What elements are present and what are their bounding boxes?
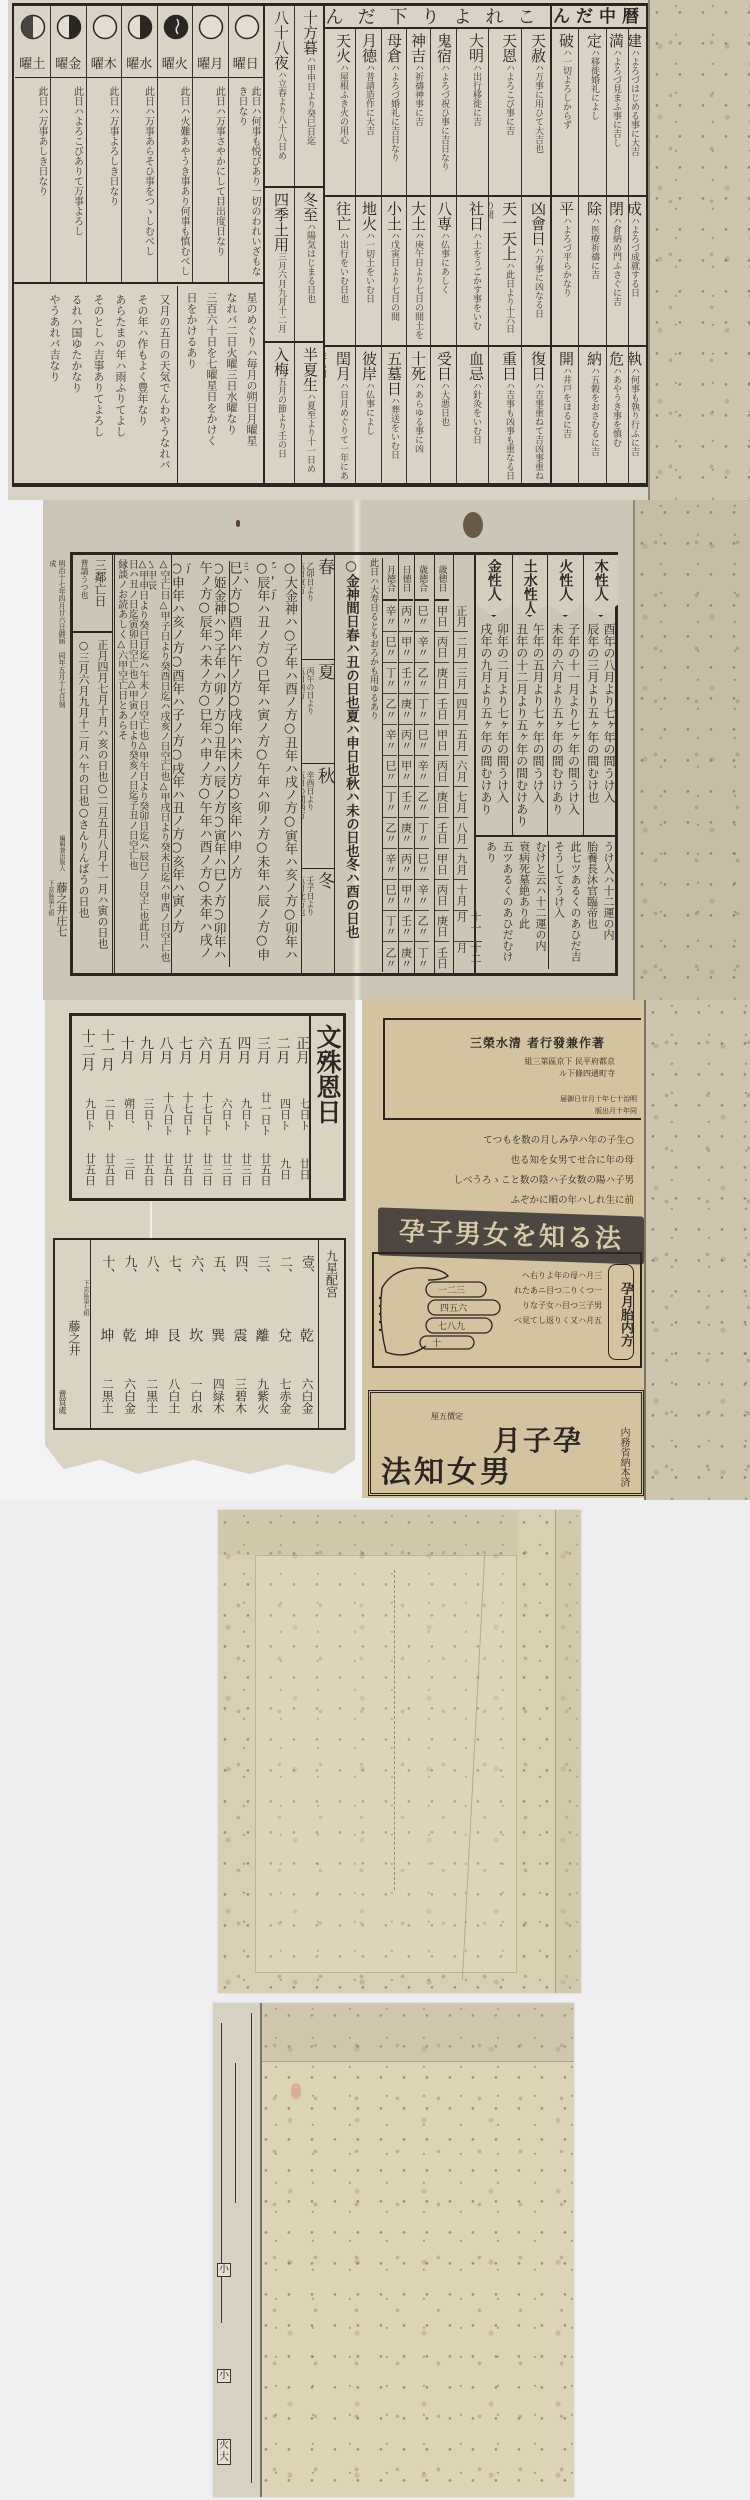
table-note: 此日ハ大寿日るともおろかも用ゆるあり [365, 558, 383, 972]
entry-text: ハ仏事によし [364, 381, 374, 435]
day-first: 七日ト [292, 1086, 312, 1142]
element-text: 酉年の八月より七ヶ年の間うけ入 辰年の三月より五ヶ年の間むけ也 [584, 621, 619, 835]
star-number: 六、 [181, 1248, 203, 1288]
text-line: 男子ハ陽の数女子ハ陰の数とこゝろうべし [380, 1170, 634, 1190]
star-number: 壹、 [292, 1248, 314, 1288]
day-second: 九日 [272, 1146, 292, 1192]
table-cell: 乙〃 [415, 911, 429, 942]
season-box-autumn: 秋 辛酉日より 五日の間西方 [302, 764, 334, 869]
star-column: 九、乾六白金 [114, 1248, 136, 1424]
entry-text: ハ戊寅日より七日の間 [389, 231, 399, 321]
month-column: 三月廿一日ト廿五日 [253, 1022, 273, 1192]
table-cell: 壬〃 [399, 787, 413, 818]
entry-label: 平 [557, 201, 575, 216]
cover-spine-edge [555, 1510, 581, 1993]
table-cell: 丁〃 [383, 787, 397, 818]
entry-text: ハ夏至より十一日め [305, 392, 315, 473]
almanac-entry: 危ハあやうき事を慎む [606, 347, 628, 484]
month-label: 二月 [272, 1022, 292, 1078]
day-second: 廿五日 [136, 1146, 156, 1192]
bound-spine-pages: 小 小 火大 [213, 2003, 262, 2497]
entry-label: 大明 [467, 33, 485, 63]
moon-dark-icon [163, 14, 189, 40]
table-cell: 庚〃 [399, 942, 413, 973]
almanac-entry: 社日ハ土をうごかす事をいむ [456, 197, 488, 345]
almanac-entry: 開ハ井戸をほるに吉 [550, 347, 578, 484]
table-cell: 辛〃 [415, 632, 429, 663]
entry-label: 開 [557, 351, 575, 366]
entry-label: 鬼宿 [435, 33, 453, 63]
text-line: 日ハ丑ノ日迄寅卯日空亡也△甲寅ノ日より癸亥ノ日迄子丑ノ日空亡也 [128, 559, 139, 969]
monju-title-box: 文殊恩日 [309, 1016, 343, 1198]
table-column-saitoku-go: 歳徳合 巳〃 辛〃 乙〃 丁〃 巳〃 辛〃 乙〃 丁〃 巳〃 辛〃 乙〃 丁〃 [414, 555, 433, 973]
table-cell: 八月 [454, 818, 468, 849]
entry-text: ハ針灸をいむ日 [471, 381, 481, 444]
almanac-row: 建ハよろづはじめる事に大吉 満ハよろづ見まふ事に吉し 定ハ移徙婚礼によし 破ハ一… [325, 29, 646, 197]
table-column-saitoku-day: 歳徳日 甲日 丙日 庚日 壬日 甲日 丙日 庚日 壬日 甲日 丙日 庚日 壬日 [434, 555, 453, 973]
entry-text: ハ立春より八十八日め [276, 70, 286, 160]
ad-address: 京都府平民 下京區第三組 [435, 1056, 615, 1067]
entry-label: 満 [607, 33, 625, 48]
table-column-nittoku-day: 日徳日 丙〃 甲〃 壬〃 庚〃 丙〃 甲〃 壬〃 庚〃 丙〃 甲〃 壬〃 庚〃 [398, 555, 415, 973]
text-line: ○大金神ハ○子年ハ酉ノ方○丑年ハ戌ノ方○寅年ハ亥ノ方○卯年ハ子ノ方 [272, 561, 300, 967]
entry-label: 十死 [409, 351, 427, 381]
text-line: うけ入ハ十二運の内 [600, 841, 617, 969]
star-column: 二、兌七赤金 [270, 1248, 292, 1424]
almanac-entry: 成ハよろづ成就する日 [628, 197, 646, 345]
lower-section-title: これより下だん [325, 6, 550, 27]
middle-section-title: 暦中だん [550, 6, 646, 27]
entry-label: 閏月 [334, 351, 352, 381]
element-column-earth-water: 土水性人 午年の五月より七ヶ年の間うけ入 丑年の十二月より五ヶ年の間むけあり [512, 555, 548, 835]
almanac-entry: 建ハよろづはじめる事に大吉 [628, 29, 646, 195]
entry-text: ハ出行をいむ日也 [338, 231, 348, 303]
weekday-label: 火曜 [158, 52, 193, 78]
season-name: 冬 [315, 872, 333, 971]
day-second: 廿五日 [253, 1146, 273, 1192]
table-cell: 丁〃 [415, 942, 429, 973]
text-line: 子年の十一月より七ヶ年の間うけ入 [565, 623, 581, 833]
entry-label: 地火 [360, 201, 378, 231]
text-line: 縁談ノお読あしく△六甲空亡日とあらそ [117, 559, 128, 969]
text-line: 五ツあるくのあひだむけ [499, 841, 516, 969]
blank-facing-page [644, 1000, 750, 1500]
text-line: 午年の五月より七ヶ年の間うけ入 [530, 623, 546, 833]
ad-date-2: 同年十月出版 [517, 1106, 637, 1116]
table-cell: 辛〃 [383, 601, 397, 632]
table-cell: 丙日 [435, 632, 449, 663]
element-text: 卯年の二月より七ヶ年の間うけ入 戌年の九月より五ヶ年の間むけあり [476, 621, 512, 835]
almanac-entry: 小土ハ戊寅日より七日の間 [381, 197, 406, 345]
sanrinbo-title: 三鄰亡日 [90, 559, 110, 627]
entry-text: ハ移徙婚礼によし [589, 48, 599, 120]
weekday-column-saturday: 土曜 此日ハ万事あしき日なり [15, 6, 51, 282]
month-column: 七月十七日ト廿五日 [175, 1022, 195, 1192]
table-cell: 庚〃 [399, 818, 413, 849]
ad-title-approval: 内務省納本済 [616, 1427, 631, 1487]
cover-stain [291, 2083, 301, 2099]
weekday-label: 金曜 [51, 52, 86, 78]
entry-text: ハ一切土をいむ日 [364, 231, 374, 303]
month-label: 十一月 [97, 1022, 117, 1078]
day-second: 廿三日 [233, 1146, 253, 1192]
entry-label: 社日 [467, 201, 485, 231]
text-line: 一つくり二つ目ニあたれバ [514, 1283, 602, 1298]
publication-date: 明治十七年四月廿六日御届 同年五月十七日刻成 [48, 560, 66, 710]
element-title: 土水性人 [521, 559, 539, 615]
almanac-entry: 八十八夜ハ立春より八十八日め [265, 6, 294, 186]
text-line: 此七ツあるくのあひだ吉 [567, 841, 584, 969]
photo-almanac-final-page-and-ad: 文殊恩日 正月七日ト廿日 二月四日ト九日 三月廿一日ト廿五日 四月九日ト廿三日 … [0, 1000, 750, 1500]
spine-print-line [235, 2063, 236, 2203]
text-line: 衰病死墓絶あり此 [515, 841, 532, 969]
star-column: 三、離九紫火 [247, 1248, 269, 1424]
seller-name: 藤之井 [67, 1280, 81, 1422]
text-line: あり [482, 841, 499, 969]
table-header: 歳徳日 [435, 555, 449, 601]
ad-date: 明治十七年十月廿日御届 [517, 1094, 637, 1104]
month-column: 十月朔日、三日 [116, 1022, 136, 1192]
month-label: 八月 [155, 1022, 175, 1078]
text-line: △甲申日より癸巳日迄ハ午未ノ日空亡也△甲午日より癸卯日迄ハ辰巳ノ日空亡也此日ハ [138, 559, 149, 969]
table-cell: 丁〃 [383, 663, 397, 694]
spine-label: 火大 [217, 2439, 231, 2465]
table-cell: 壬〃 [399, 911, 413, 942]
entry-text: ハ万事に用ひて大吉也 [533, 63, 543, 153]
day-second: 三日 [116, 1146, 136, 1192]
almanac-entry: 破ハ一切よろしからず [550, 29, 578, 195]
photo-almanac-daily-guide: 日曜 此日ハ何事も悦びあり一切のわれいざもなき日なり 月曜 此日ハ万事さやかにし… [0, 0, 750, 500]
day-first: 二日ト [97, 1086, 117, 1142]
ad-body-text: ○生子の年ハ孕みし月の数をもつて 母の年に合せて男女を知る也 男子ハ陽の数女子ハ… [374, 1128, 640, 1210]
table-cell: 甲日 [435, 849, 449, 880]
entry-text: ハ屋根ふき火の用心 [338, 63, 348, 144]
star-name: 三碧木 [225, 1368, 247, 1424]
element-text: 午年の五月より七ヶ年の間うけ入 丑年の十二月より五ヶ年の間むけあり [513, 621, 548, 835]
table-cell: 丙〃 [399, 849, 413, 880]
day-first: 十八日ト [155, 1086, 175, 1142]
entry-label: 天恩 [500, 33, 518, 63]
text-line: 巳ノ方○酉年ハ午ノ方○戌年ハ未ノ方○亥年ハ申ノ方 [229, 561, 245, 967]
entry-text: ハあやうき事を慎む [611, 366, 621, 447]
entry-label: 執 [628, 351, 643, 366]
star-name: 六白金 [292, 1368, 314, 1424]
day-first: 六日ト [214, 1086, 234, 1142]
weekday-description: 此日ハ万事あしき日なり [35, 86, 48, 278]
text-line: 正月四月七月十月ハ亥の日也○二月五月八月十一月ハ寅の日也 [94, 639, 111, 969]
weekday-description: 此日ハ万事さやかにして目出度日なり [213, 86, 226, 278]
text-line: 男子三つ目ハ女子なり [514, 1298, 602, 1313]
star-trigram: 乾 [292, 1324, 314, 1346]
entry-label: 冬至 [301, 192, 319, 222]
star-trigram: 坎 [181, 1324, 203, 1346]
star-number: 四、 [225, 1248, 247, 1288]
note-line: 日をかけるあり [182, 292, 200, 478]
entry-text: ハ何事も執り行ふに吉 [629, 366, 639, 456]
photo-front-cover: 小 小 火大 [0, 2000, 750, 2500]
almanac-entry: 地火ハ一切土をいむ日 [355, 197, 381, 345]
table-cell: 巳〃 [415, 849, 429, 880]
entry-label: 大土 [409, 201, 427, 231]
seller-address: 下京區第七組 [81, 1280, 89, 1422]
almanac-entry: 大土ハ庚午日より七日の間土をいむ [406, 197, 430, 345]
note-line: その年ハ作もよく豊年なり [133, 294, 151, 476]
entry-text: ハ倉納め門ふさぐに吉 [611, 216, 621, 306]
entry-label: 凶會日 [529, 201, 547, 246]
star-column: 五、巽四緑木 [203, 1248, 225, 1424]
ad-hand-diagram: 一二三 四五六 七八九 十 三月ハ母の年より右へ 一つくり二つ目ニあたれバ 男子… [372, 1252, 642, 1368]
entry-label: 血忌 [467, 351, 485, 381]
entry-label: 定 [585, 33, 603, 48]
almanac-entry: 定ハ移徙婚礼によし [578, 29, 606, 195]
note-line: そのとしハ吉事ありてよろし [89, 294, 107, 476]
star-name: 六白金 [114, 1368, 136, 1424]
entry-label: 成 [628, 201, 643, 216]
sanrinbo-body: 正月四月七月十月ハ亥の日也○二月五月八月十一月ハ寅の日也 ○三月六月九月十二月ハ… [73, 635, 112, 973]
weekday-label: 日曜 [229, 52, 264, 78]
cover-paper: 小 小 火大 [213, 2003, 574, 2497]
table-cell: 甲〃 [399, 880, 413, 911]
table-cell: 乙〃 [383, 818, 397, 849]
table-header: 日徳日 [399, 555, 413, 601]
virtue-days-table: 正月 二月 三月 四月 五月 六月 七月 八月 九月 十月 十一月 十二月 歳徳… [383, 555, 476, 973]
entry-label: 重日 [500, 351, 518, 381]
star-column: 四、震三碧木 [225, 1248, 247, 1424]
weekday-description: 此日ハ万事よろしき日なり [106, 86, 119, 278]
publisher-colophon: 明治十七年四月廿六日御届 同年五月十七日刻成 編輯兼出版人 下京區第七組 藤之井… [46, 560, 68, 975]
table-cell: 丁〃 [383, 911, 397, 942]
star-trigram: 兌 [270, 1324, 292, 1346]
nine-star-title-box: 九星配宮 [318, 1240, 344, 1428]
almanac-entry: 半夏生ハ夏至より十一日め [294, 343, 323, 484]
element-text: 子年の十一月より七ヶ年の間うけ入 未年の六月より五ヶ年の間むけあり [548, 621, 583, 835]
text-line: ○辰年ハ丑ノ方○巳年ハ寅ノ方○午年ハ卯ノ方○未年ハ辰ノ方○申年ハ [244, 561, 272, 967]
almanac-entry: 冬至ハ陽気はじまる日也 [294, 188, 323, 341]
moon-half-left-icon [20, 14, 46, 40]
month-column: 五月六日ト廿三日 [214, 1022, 234, 1192]
text-line: ○申年ハ亥ノ方○酉年ハ子ノ方○戌年ハ丑ノ方○亥年ハ寅ノ方 [173, 561, 187, 967]
table-cell: 丙〃 [399, 725, 413, 756]
almanac-entry: 天一天上ハ此日より十六日の間 [488, 197, 521, 345]
entry-text: ハ祈禱神事に吉 [413, 63, 423, 126]
page-crease [150, 1200, 152, 1240]
season-box-spring: 春 乙卯日より 五日東方 [302, 555, 334, 660]
month-column: 十一月二日ト廿五日 [97, 1022, 117, 1192]
sanrinbo-section: 三鄰亡日 普請うつ也 正月四月七月十月ハ亥の日也○二月五月八月十一月ハ寅の日也 … [73, 555, 115, 973]
almanac-terms-grid: 建ハよろづはじめる事に大吉 満ハよろづ見まふ事に吉し 定ハ移徙婚礼によし 破ハ一… [325, 29, 646, 484]
month-label: 十二月 [77, 1022, 97, 1078]
seasonal-row: 半夏生ハ夏至より十一日め 入梅五月の節より壬の日 [265, 343, 323, 484]
text-line: 丑年の十二月より五ヶ年の間むけあり [514, 623, 530, 833]
element-column-fire: 火性人 子年の十一月より七ヶ年の間うけ入 未年の六月より五ヶ年の間むけあり [547, 555, 583, 835]
almanac-entry: 執ハ何事も執り行ふに吉 [628, 347, 646, 484]
almanac-entry: 鬼宿ハよろづ祝ひ事に吉日なり [430, 29, 456, 195]
text-line: 五月ハ又くり返して見べし [514, 1313, 602, 1328]
almanac-row: 執ハ何事も執り行ふに吉 危ハあやうき事を慎む 納ハ五穀をおさむるに吉 開ハ井戸を… [325, 347, 646, 484]
note-line: あらたまの年ハ雨ふりてよし [111, 294, 129, 476]
spine-label: 小 [217, 2369, 231, 2383]
entry-text: ハ仏事にあしく [439, 231, 449, 294]
month-label: 正月 [292, 1022, 312, 1078]
weekday-description: 此日ハ火難あやうき事あり何事も慎むべし [177, 86, 190, 278]
almanac-row: 成ハよろづ成就する日 閉ハ倉納め門ふさぐに吉 除ハ医療祈禱に吉 平ハよろづ平らか… [325, 197, 646, 347]
kuubou-section: △空亡日△甲子日より癸酉日迄ハ戌亥ノ日空亡也△甲戌日より癸未日迄ハ申酉ノ日空亡也… [116, 555, 172, 973]
weekday-label: 水曜 [122, 52, 157, 78]
star-number: 三、 [247, 1248, 269, 1288]
table-cell: 辛〃 [415, 880, 429, 911]
photo-almanac-directions-page: 明治十七年四月廿六日御届 同年五月十七日刻成 編輯兼出版人 下京區第七組 藤之井… [0, 500, 750, 1000]
text-line: 母の年に合せて男女を知る也 [380, 1150, 634, 1170]
konjin-mabi-title: ○金神間日春ハ丑の日也夏ハ申日也秋ハ未の日也冬ハ酉の日也 [336, 558, 365, 972]
table-cell: 壬日 [435, 818, 449, 849]
almanac-entry: 天恩ハよろこび事に吉 [488, 29, 521, 195]
almanac-entry: 十死ハあらゆる事に凶 [406, 347, 430, 484]
star-cycle-note: 星のめぐりハ毎月の朔日月曜星 なれバ二日火曜三日水曜なり 三百六十日を七曜星日を… [177, 286, 263, 484]
star-number: 七、 [159, 1248, 181, 1288]
entry-label: 四季土用 [272, 192, 290, 252]
star-name: 二黒土 [92, 1368, 114, 1424]
month-column: 十二月九日ト廿五日 [77, 1022, 97, 1192]
seller-colophon: 下京區第七組 藤之井 賣買處 [55, 1240, 91, 1428]
table-cell: 乙〃 [415, 663, 429, 694]
almanac-entry: 満ハよろづ見まふ事に吉し [606, 29, 628, 195]
weekday-notes: 星のめぐりハ毎月の朔日月曜星 なれバ二日火曜三日水曜なり 三百六十日を七曜星日を… [14, 286, 263, 484]
weekday-column-wednesday: 水曜 此日ハ万事あらそひ事をつゝしむべし [121, 6, 157, 282]
sanrinbo-subtitle: 普請うつ也 [78, 559, 90, 627]
day-first: 十七日ト [175, 1086, 195, 1142]
table-cell: 丁〃 [415, 818, 429, 849]
table-cell: 壬日 [435, 942, 449, 973]
almanac-entry: 天火ハ屋根ふき火の用心 [325, 29, 355, 195]
weekday-table: 日曜 此日ハ何事も悦びあり一切のわれいざもなき日なり 月曜 此日ハ万事さやかにし… [14, 6, 263, 284]
text-line: 戌年の九月より五ヶ年の間むけあり [478, 623, 495, 833]
ink-stain [463, 512, 483, 538]
moon-empty-icon [198, 14, 224, 40]
spine-print-line [251, 2013, 252, 2483]
note-line: 又月の五日の天気でんわやうなれバ [155, 294, 173, 476]
birth-element-table: 木性人 酉年の八月より七ヶ年の間うけ入 辰年の三月より五ヶ年の間むけ也 火性人 … [476, 555, 618, 837]
moon-half-right-icon [127, 14, 153, 40]
table-cell: 巳〃 [383, 756, 397, 787]
almanac-entry: 血忌ハ針灸をいむ日 [456, 347, 488, 484]
almanac-entry: 除ハ医療祈禱に吉 [578, 197, 606, 345]
star-trigram: 巽 [203, 1324, 225, 1346]
almanac-entry: 八専ハ仏事にあしく [430, 197, 456, 345]
photo-back-cover [0, 1500, 750, 2000]
publisher-name: 藤之井庄七 [55, 882, 68, 975]
entry-label: 月徳 [360, 33, 378, 63]
entry-text: ハ五穀をおさむるに吉 [589, 366, 599, 456]
almanac-entry: 平ハよろづ平らかなり [550, 197, 578, 345]
table-cell: 庚〃 [399, 694, 413, 725]
text-line: 酉年の八月より七ヶ年の間うけ入 [601, 623, 617, 833]
fortune-cycle-note: うけ入ハ十二運の内 胎養長沐官臨帝也 此七ツあるくのあひだ吉 そうしてうけ入 む… [476, 837, 618, 973]
entry-text: ハ一切よろしからず [561, 48, 571, 129]
weekday-column-tuesday: 火曜 此日ハ火難あやうき事あり何事も慎むべし [157, 6, 193, 282]
table-cell: 巳〃 [383, 632, 397, 663]
seasonal-terms-column: 十方暮ハ甲申日より癸巳日迄 八十八夜ハ立春より八十八日め 冬至ハ陽気はじまる日也… [263, 6, 325, 484]
table-header: 月徳合 [383, 555, 397, 601]
entry-text: ハ出行移徙に吉 [471, 63, 481, 126]
entry-text: ハあらゆる事に凶 [413, 381, 423, 453]
entry-text: ハよろづ見まふ事に吉し [611, 48, 621, 147]
month-column: 八月十八日ト廿五日 [155, 1022, 175, 1192]
element-header: 土水性人 [513, 555, 548, 617]
spine-label: 小 [217, 2263, 231, 2277]
day-first: 朔日、 [116, 1086, 136, 1142]
day-first: 九日ト [233, 1086, 253, 1142]
star-number: 八、 [137, 1248, 159, 1288]
month-column: 正月七日ト廿日 [292, 1022, 312, 1192]
month-label: 四月 [233, 1022, 253, 1078]
table-cell: 六月 [454, 756, 468, 787]
season-name: 夏 [315, 663, 333, 761]
table-cell: 乙〃 [383, 942, 397, 973]
ad-address-2: 寺町通四條下ル [435, 1068, 615, 1079]
star-trigram: 離 [247, 1324, 269, 1346]
almanac-entry: 天赦ハ万事に用ひて大吉也 [521, 29, 550, 195]
moon-half-right-icon [56, 14, 82, 40]
table-cell: 巳〃 [383, 880, 397, 911]
entry-label: 八十八夜 [272, 10, 290, 70]
ad-title-sub: 男女知法 [381, 1447, 513, 1491]
star-column: 六、坎一白水 [181, 1248, 203, 1424]
table-cell: 甲〃 [399, 756, 413, 787]
month-column: 四月九日ト廿三日 [233, 1022, 253, 1192]
entry-label: 破 [557, 33, 575, 48]
entry-label: 往亡 [334, 201, 352, 231]
text-line: 午ノ方○辰年ハ未ノ方○巳年ハ申ノ方○午年ハ酉ノ方○未年ハ戌ノ方 [187, 561, 215, 967]
almanac-entry: 往亡ハ出行をいむ日也 [325, 197, 355, 345]
entry-label: 彼岸 [360, 351, 378, 381]
nine-star-table: 九星配宮 壹、乾六白金 二、兌七赤金 三、離九紫火 四、震三碧木 五、巽四緑木 … [53, 1238, 346, 1430]
season-direction-boxes: 春 乙卯日より 五日東方 夏 丙午の日より 五日南方 秋 辛酉日より 五日の間西… [301, 555, 335, 973]
day-first: 十七日ト [194, 1086, 214, 1142]
table-cell: 五月 [454, 725, 468, 756]
almanac-entry: 納ハ五穀をおさむるに吉 [578, 347, 606, 484]
star-column: 壹、乾六白金 [292, 1248, 314, 1424]
season-name: 秋 [315, 767, 333, 865]
element-title: 木性人 [592, 559, 610, 615]
table-column-gettoku-go: 月徳合 辛〃 巳〃 丁〃 乙〃 辛〃 巳〃 丁〃 乙〃 辛〃 巳〃 丁〃 乙〃 [383, 555, 398, 973]
entry-text: ハよろづ成就する日 [629, 216, 639, 297]
table-cell: 二月 [454, 632, 468, 663]
entry-text: 五月の節より壬の日 [276, 377, 286, 458]
almanac-entry: 受日ハ大悪日也 [430, 347, 456, 484]
entry-label: 天火 [334, 33, 352, 63]
entry-text: ハよろづ平らかなり [561, 216, 571, 297]
almanac-entry: 五墓日ハ葬送をいむ日 [381, 347, 406, 484]
finger-label: 十 [432, 1337, 441, 1349]
entry-label: 五墓日 [385, 351, 403, 396]
table-cell: 庚日 [435, 663, 449, 694]
table-column-month: 正月 二月 三月 四月 五月 六月 七月 八月 九月 十月 十一月 十二月 [453, 555, 474, 973]
ad-publisher-box: 著作兼發行者 清水榮三 京都府平民 下京區第三組 寺町通四條下ル 明治十七年十月… [383, 1018, 641, 1120]
table-cell: 甲〃 [399, 632, 413, 663]
finger-label: 一二三 [438, 1285, 465, 1296]
cover-top-band [262, 2003, 574, 2062]
seller-label: 賣買處 [57, 1280, 67, 1422]
text-line: 未年の六月より五ヶ年の間むけあり [549, 623, 565, 833]
hand-label-badge: 孕月胎内方 [608, 1264, 634, 1360]
table-cell: 壬〃 [399, 663, 413, 694]
note-line: やうあれバ吉なり [45, 294, 63, 476]
weekday-description: 此日ハ万事あらそひ事をつゝしむべし [142, 86, 155, 278]
month-label: 九月 [136, 1022, 156, 1078]
entry-text: ハ土をうごかす事をいむ [471, 231, 481, 330]
hand-instructions: 三月ハ母の年より右へ 一つくり二つ目ニあたれバ 男子三つ目ハ女子なり 五月ハ又く… [514, 1268, 602, 1358]
konjin-directions: ○大金神ハ○子年ハ酉ノ方○丑年ハ戌ノ方○寅年ハ亥ノ方○卯年ハ子ノ方 ○辰年ハ丑ノ… [172, 555, 301, 973]
